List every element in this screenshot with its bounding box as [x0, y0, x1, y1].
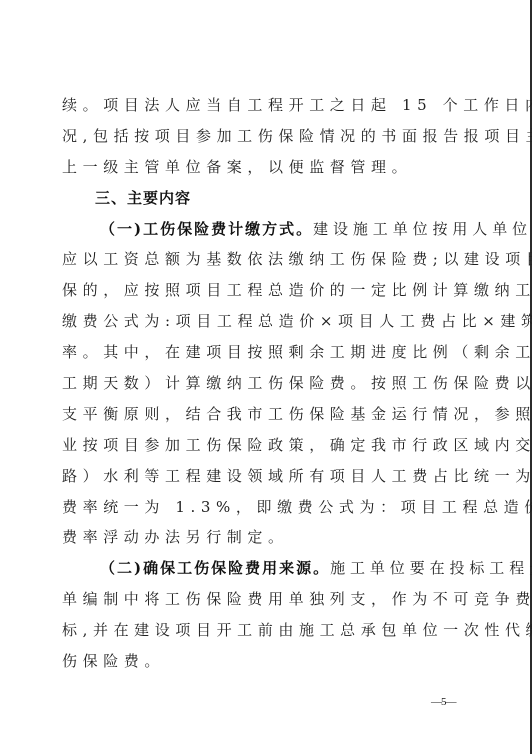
page-number: —5—	[431, 696, 456, 708]
paragraph-line: 支平衡原则，结合我市工伤保险基金运行情况，参照我市建筑企	[62, 399, 468, 430]
subsection-1-text: 建设施工单位按用人单位参保,	[313, 220, 532, 238]
subsection-2-title: （二)确保工伤保险费用来源。	[100, 559, 330, 577]
paragraph-line: 标,并在建设项目开工前由施工总承包单位一次性代缴本项目工	[62, 615, 468, 646]
subsection-2-text: 施工单位要在投标工程量清	[330, 559, 532, 577]
paragraph-line: 缴费公式为:项目工程总造价×项目人工费占比×建筑行业基准费	[62, 306, 468, 337]
paragraph-line: 率。其中，在建项目按照剩余工期进度比例（剩余工期天数/总	[62, 337, 468, 368]
paragraph-line: 业按项目参加工伤保险政策，确定我市行政区域内交通道路（铁	[62, 430, 468, 461]
paragraph-line: 路）水利等工程建设领域所有项目人工费占比统一为 20%，基准	[62, 461, 468, 492]
paragraph-line: 费率浮动办法另行制定。	[62, 522, 468, 553]
section-heading: 三、主要内容	[62, 183, 468, 214]
subsection-1-first-line: （一)工伤保险费计缴方式。建设施工单位按用人单位参保,	[62, 214, 468, 245]
paragraph-line: 续。项目法人应当自工程开工之日起 15 个工作日内，将开工情	[62, 90, 468, 121]
paragraph-line: 费率统一为 1.3%，即缴费公式为：项目工程总造价×20%×1.3%。	[62, 492, 468, 523]
subsection-2-first-line: （二)确保工伤保险费用来源。施工单位要在投标工程量清	[62, 553, 468, 584]
paragraph-line: 应以工资总额为基数依法缴纳工伤保险费;以建设项目为单位参	[62, 244, 468, 275]
paragraph-line: 单编制中将工伤保险费用单独列支，作为不可竞争费，不参与竞	[62, 584, 468, 615]
subsection-1-title: （一)工伤保险费计缴方式。	[100, 220, 313, 238]
paragraph-line: 工期天数）计算缴纳工伤保险费。按照工伤保险费以支定收、收	[62, 368, 468, 399]
paragraph-line: 伤保险费。	[62, 646, 468, 677]
document-body: 续。项目法人应当自工程开工之日起 15 个工作日内，将开工情 况,包括按项目参加…	[62, 90, 468, 677]
paragraph-line: 况,包括按项目参加工伤保险情况的书面报告报项目主管单位和	[62, 121, 468, 152]
paragraph-line: 上一级主管单位备案，以便监督管理。	[62, 152, 468, 183]
paragraph-line: 保的，应按照项目工程总造价的一定比例计算缴纳工伤保险费,	[62, 275, 468, 306]
document-page: 续。项目法人应当自工程开工之日起 15 个工作日内，将开工情 况,包括按项目参加…	[0, 0, 532, 754]
